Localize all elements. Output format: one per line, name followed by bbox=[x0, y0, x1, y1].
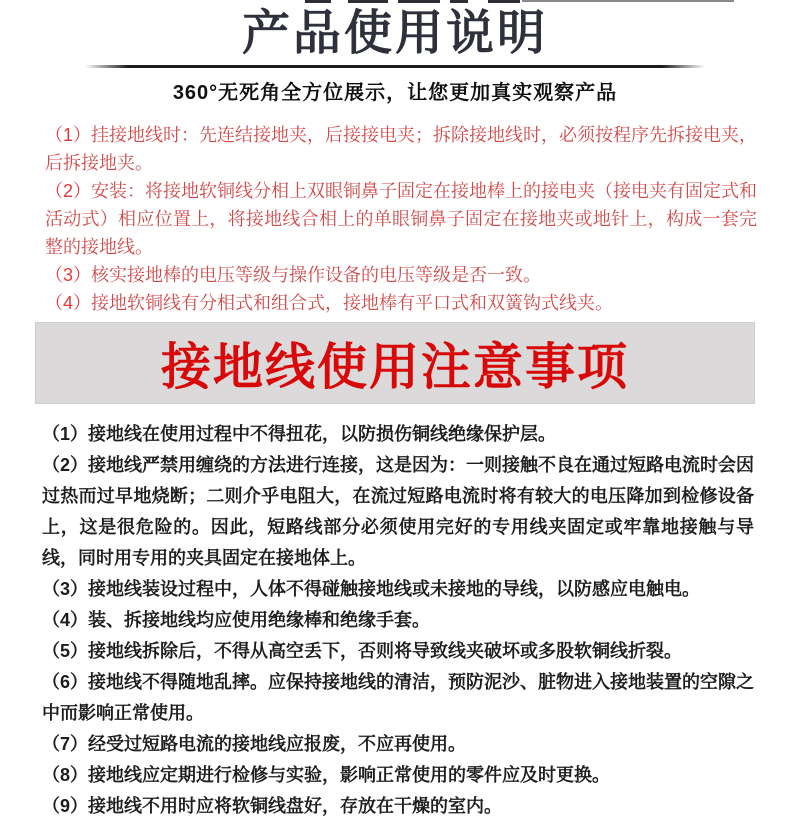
notice-item-2-number: （2） bbox=[42, 455, 88, 475]
notice-item-7-text: 经受过短路电流的接地线应报废，不应再使用。 bbox=[88, 734, 466, 754]
usage-item-3-number: （3） bbox=[45, 265, 91, 285]
notice-item-9-text: 接地线不用时应将软铜线盘好，存放在干燥的室内。 bbox=[88, 796, 502, 816]
notice-item-5: （5）接地线拆除后，不得从高空丢下，否则将导致线夹破坏或多股软铜线折裂。 bbox=[42, 636, 754, 667]
notice-item-1-text: 接地线在使用过程中不得扭花，以防损伤铜线绝缘保护层。 bbox=[88, 424, 556, 444]
notice-item-7-number: （7） bbox=[42, 734, 88, 754]
cropped-artifact bbox=[398, 0, 440, 3]
notice-item-3-number: （3） bbox=[42, 579, 88, 599]
usage-item-1: （1）挂接地线时：先连结接地夹，后接接电夹；拆除接地线时，必须按程序先拆接电夹，… bbox=[45, 121, 757, 177]
usage-instructions: （1）挂接地线时：先连结接地夹，后接接电夹；拆除接地线时，必须按程序先拆接电夹，… bbox=[0, 105, 790, 317]
notice-banner-title: 接地线使用注意事项 bbox=[161, 327, 629, 399]
page-title: 产品使用说明 bbox=[0, 6, 790, 60]
notice-item-6: （6）接地线不得随地乱摔。应保持接地线的清洁，预防泥沙、脏物进入接地装置的空隙之… bbox=[42, 667, 754, 729]
notice-list: （1）接地线在使用过程中不得扭花，以防损伤铜线绝缘保护层。 （2）接地线严禁用缠… bbox=[0, 404, 790, 816]
notice-item-8: （8）接地线应定期进行检修与实验，影响正常使用的零件应及时更换。 bbox=[42, 760, 754, 791]
notice-item-4-number: （4） bbox=[42, 610, 88, 630]
notice-item-1-number: （1） bbox=[42, 424, 88, 444]
notice-item-2-text: 接地线严禁用缠绕的方法进行连接，这是因为：一则接触不良在通过短路电流时会因过热而… bbox=[42, 455, 754, 568]
notice-item-6-number: （6） bbox=[42, 672, 88, 692]
usage-item-2-number: （2） bbox=[45, 181, 91, 201]
notice-item-3-text: 接地线装设过程中，人体不得碰触接地线或未接地的导线，以防感应电触电。 bbox=[88, 579, 700, 599]
usage-item-3-text: 核实接地棒的电压等级与操作设备的电压等级是否一致。 bbox=[91, 265, 541, 285]
usage-item-1-text: 挂接地线时：先连结接地夹，后接接电夹；拆除接地线时，必须按程序先拆接电夹，后拆接… bbox=[45, 125, 757, 173]
cropped-artifact bbox=[348, 0, 388, 3]
cropped-artifact bbox=[522, 0, 734, 2]
notice-item-4: （4）装、拆接地线均应使用绝缘棒和绝缘手套。 bbox=[42, 605, 754, 636]
notice-item-8-text: 接地线应定期进行检修与实验，影响正常使用的零件应及时更换。 bbox=[88, 765, 610, 785]
cropped-artifact bbox=[488, 0, 520, 3]
notice-item-4-text: 装、拆接地线均应使用绝缘棒和绝缘手套。 bbox=[88, 610, 430, 630]
usage-item-4-text: 接地软铜线有分相式和组合式，接地棒有平口式和双簧钩式线夹。 bbox=[91, 293, 613, 313]
notice-banner: 接地线使用注意事项 bbox=[35, 322, 755, 404]
cropped-artifact bbox=[305, 0, 331, 3]
notice-item-8-number: （8） bbox=[42, 765, 88, 785]
notice-item-2: （2）接地线严禁用缠绕的方法进行连接，这是因为：一则接触不良在通过短路电流时会因… bbox=[42, 450, 754, 574]
usage-item-4: （4）接地软铜线有分相式和组合式，接地棒有平口式和双簧钩式线夹。 bbox=[45, 289, 757, 317]
usage-item-2-text: 安装：将接地软铜线分相上双眼铜鼻子固定在接地棒上的接电夹（接电夹有固定式和活动式… bbox=[45, 181, 757, 257]
notice-item-3: （3）接地线装设过程中，人体不得碰触接地线或未接地的导线，以防感应电触电。 bbox=[42, 574, 754, 605]
title-divider bbox=[85, 65, 705, 68]
notice-item-9: （9）接地线不用时应将软铜线盘好，存放在干燥的室内。 bbox=[42, 791, 754, 816]
cropped-artifact bbox=[450, 0, 468, 3]
usage-item-1-number: （1） bbox=[45, 125, 91, 145]
notice-item-5-text: 接地线拆除后，不得从高空丢下，否则将导致线夹破坏或多股软铜线折裂。 bbox=[88, 641, 682, 661]
notice-item-7: （7）经受过短路电流的接地线应报废，不应再使用。 bbox=[42, 729, 754, 760]
page-header: 产品使用说明 360°无死角全方位展示，让您更加真实观察产品 bbox=[0, 6, 790, 105]
notice-item-9-number: （9） bbox=[42, 796, 88, 816]
usage-item-2: （2）安装：将接地软铜线分相上双眼铜鼻子固定在接地棒上的接电夹（接电夹有固定式和… bbox=[45, 177, 757, 261]
usage-item-4-number: （4） bbox=[45, 293, 91, 313]
usage-item-3: （3）核实接地棒的电压等级与操作设备的电压等级是否一致。 bbox=[45, 261, 757, 289]
notice-item-5-number: （5） bbox=[42, 641, 88, 661]
notice-item-6-text: 接地线不得随地乱摔。应保持接地线的清洁，预防泥沙、脏物进入接地装置的空隙之中而影… bbox=[42, 672, 754, 723]
page-subtitle: 360°无死角全方位展示，让您更加真实观察产品 bbox=[0, 76, 790, 105]
notice-item-1: （1）接地线在使用过程中不得扭花，以防损伤铜线绝缘保护层。 bbox=[42, 419, 754, 450]
